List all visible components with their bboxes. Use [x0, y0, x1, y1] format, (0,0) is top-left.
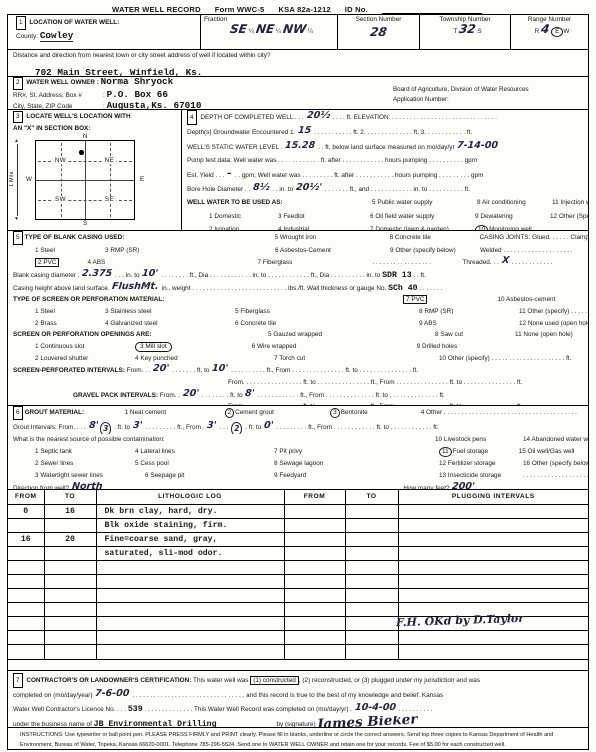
fraction-values: SE ¼ NE ¼ NW ¼ [204, 23, 334, 38]
compass-e: E [140, 176, 144, 183]
mile-label: 1 Mile [9, 171, 15, 187]
screen-material-row-3: 2 Brass4 Galvanized steel6 Concrete tile… [8, 318, 588, 330]
certification-line-4: under the business name of JB Environmen… [8, 716, 588, 727]
section-7-certification: 7 CONTRACTOR'S OR LANDOWNER'S CERTIFICAT… [8, 670, 588, 727]
screen-perforated-intervals-line-1: SCREEN-PERFORATED INTERVALS: From. . . 2… [8, 364, 588, 377]
bore-hole-diameter-line: Bore Hole Diameter . . 8½ . . in. to 20½… [182, 182, 588, 196]
col-lithologic-log: LITHOLOGIC LOG [96, 490, 284, 504]
owner-city-line: City, State, ZIP Code: Augusta,Ks. 67010 [8, 101, 388, 109]
lith-table-body: 016Dk brn clay, hard, dry.Blk oxide stai… [8, 504, 588, 659]
table-row: 1620Fine=coarse sand, gray, [8, 532, 588, 546]
range-label: Range Number [514, 16, 585, 23]
casing-row-2: 1 Steel3 RMP (SR)6 Asbestos-Cement9 Othe… [8, 245, 588, 257]
fraction-cell: Fraction SE ¼ NE ¼ NW ¼ [201, 15, 338, 49]
col-from-1: FROM [8, 490, 44, 504]
well-location-dot [79, 150, 84, 155]
casing-row-1: 5 TYPE OF BLANK CASING USED:5 Wrought ir… [8, 231, 588, 245]
est-yield-line: Est. Yield . . . – . . gpm; Well water w… [182, 168, 588, 182]
table-row: saturated, sli-mod odor. [8, 546, 588, 560]
instructions-section: INSTRUCTIONS: Use typewriter or ball poi… [8, 727, 588, 750]
section-1-location: 1 LOCATION OF WATER WELL: County: Cowley… [8, 15, 588, 49]
form-id-blank [382, 5, 482, 14]
openings-row-2: 1 Continuous slot3 Mill slot6 Wire wrapp… [8, 341, 588, 353]
water-well-record-form: WATER WELL RECORD Form WWC-5 KSA 82a-121… [0, 0, 596, 752]
form-statute: KSA 82a-1212 [278, 5, 330, 14]
quadrant-ne: NE [103, 157, 117, 164]
fraction-label: Fraction [204, 16, 334, 23]
section-3-title-1: 3 LOCATE WELL'S LOCATION WITH [8, 110, 181, 123]
owner-address-line: RR#, St. Address, Box #: P.O. Box 66 [8, 90, 388, 102]
quadrant-nw: NW [53, 157, 68, 164]
mile-line [17, 144, 18, 216]
instructions-line-1: INSTRUCTIONS: Use typewriter or ball poi… [14, 730, 582, 740]
section-2-owner: 2 WATER WELL OWNER : Norma Shryock RR#, … [8, 76, 588, 109]
range-cell: Range Number R 4 EW [511, 15, 588, 49]
county-line: County: Cowley [11, 30, 197, 43]
compass-s: S [83, 220, 87, 227]
table-row: Blk oxide staining, firm. [8, 518, 588, 532]
table-row [8, 645, 588, 659]
contamination-row-3: 3 Watertight sewer lines6 Seepage pit9 F… [8, 470, 588, 482]
screen-material-row-2: 1 Steel3 Stainless steel5 Fiberglass8 RM… [8, 306, 588, 318]
use-options-row-3: 2 Irrigation4 Industrial7 Domestic (lawn… [182, 223, 588, 230]
static-water-level-line: WELL'S STATIC WATER LEVEL . 15.28 . . ft… [182, 140, 588, 154]
quadrant-sw: SW [53, 196, 68, 203]
lithologic-table-section: FROM TO LITHOLOGIC LOG FROM TO PLUGGING … [8, 489, 588, 670]
section-4-depth: 4 DEPTH OF COMPLETED WELL . . . 20½ . . … [182, 110, 588, 230]
certification-line-1: 7 CONTRACTOR'S OR LANDOWNER'S CERTIFICAT… [8, 673, 588, 688]
direction-distance-line: Direction from well? NorthHow many feet?… [8, 482, 588, 489]
table-row [8, 574, 588, 588]
section-3-locate: 3 LOCATE WELL'S LOCATION WITH AN "X" IN … [8, 110, 182, 230]
location-cell: 1 LOCATION OF WATER WELL: County: Cowley [8, 15, 201, 49]
table-row [8, 560, 588, 574]
col-plugging-intervals: PLUGGING INTERVALS [398, 490, 588, 504]
township-label: Township Number [423, 16, 507, 23]
section-box-diagram: ▲ ▼ 1 Mile NW NE SW SE [8, 134, 181, 230]
mile-arrow-down: ▼ [14, 216, 19, 222]
section-number-cell: Section Number 28 [338, 15, 420, 49]
section-3-title-2: AN "X" IN SECTION BOX: [8, 123, 181, 134]
col-to-1: TO [44, 490, 96, 504]
gravel-pack-intervals-line-2: From. . . . . . . . . . . . . . . . . ft… [8, 401, 588, 405]
contamination-row-2: 2 Sewer lines5 Cess pool8 Sewage lagoon1… [8, 458, 588, 470]
table-row [8, 589, 588, 603]
center-horizontal-line [36, 180, 134, 181]
grout-material-line: 6 GROUT MATERIAL:1 Neat cement2Cement gr… [8, 406, 588, 420]
depth-completed-line: 4 DEPTH OF COMPLETED WELL . . . 20½ . . … [182, 110, 588, 125]
form-number: Form WWC-5 [215, 5, 265, 14]
casing-diameter-line: Blank casing diameter . 2.375 . . . in. … [8, 269, 588, 282]
form-body: 1 LOCATION OF WATER WELL: County: Cowley… [7, 14, 589, 750]
distance-question: Distance and direction from nearest town… [8, 50, 588, 62]
application-number-label: Application Number: [388, 95, 588, 105]
quadrant-se: SE [103, 196, 116, 203]
grout-intervals-line: Grout Intervals: From. . . . 8'3 . ft. t… [8, 420, 588, 434]
owner-line: 2 WATER WELL OWNER : Norma Shryock [8, 77, 388, 90]
form-header: WATER WELL RECORD Form WWC-5 KSA 82a-121… [0, 0, 596, 14]
table-row [8, 631, 588, 645]
section-number-label: Section Number [341, 16, 416, 23]
well-address: 702 Main Street, Winfield, Ks. [13, 66, 202, 76]
section-1-title: 1 LOCATION OF WATER WELL: [11, 16, 197, 30]
owner-left: 2 WATER WELL OWNER : Norma Shryock RR#, … [8, 77, 388, 109]
casing-height-line: Casing height above land surface. FlushM… [8, 282, 588, 295]
section-number-value: 28 [340, 25, 417, 39]
pump-test-line: Pump test data: Well water was . . . . .… [182, 154, 588, 167]
compass-n: N [83, 133, 88, 140]
section-5-casing: 5 TYPE OF BLANK CASING USED:5 Wrought ir… [8, 230, 588, 405]
township-value: T 32 S [423, 23, 507, 38]
owner-right: Board of Agriculture, Division of Water … [388, 77, 588, 109]
col-to-2: TO [345, 490, 398, 504]
table-header-row: FROM TO LITHOLOGIC LOG FROM TO PLUGGING … [8, 490, 588, 504]
distance-row: Distance and direction from nearest town… [8, 49, 588, 76]
certification-line-2: completed on (mo/day/year) 7-6-00 . . . … [8, 688, 588, 702]
section-6-grout: 6 GROUT MATERIAL:1 Neat cement2Cement gr… [8, 405, 588, 489]
screen-material-row-1: TYPE OF SCREEN OR PERFORATION MATERIAL:7… [8, 294, 588, 306]
use-options-row-1: WELL WATER TO BE USED AS:5 Public water … [182, 196, 588, 209]
lithologic-table: FROM TO LITHOLOGIC LOG FROM TO PLUGGING … [8, 490, 588, 660]
col-from-2: FROM [284, 490, 345, 504]
openings-row-1: SCREEN OR PERFORATION OPENINGS ARE:5 Gau… [8, 329, 588, 341]
form-title: WATER WELL RECORD [112, 5, 201, 14]
gravel-pack-intervals-line-1: GRAVEL PACK INTERVALS: From. . 20' . . .… [8, 389, 588, 402]
board-label: Board of Agriculture, Division of Water … [388, 85, 588, 95]
contamination-row-1: 1 Septic tank4 Lateral lines7 Pit privy1… [8, 446, 588, 458]
range-value: R 4 EW [514, 23, 585, 38]
use-options-row-2: 1 Domestic3 Feedlot6 Oil field water sup… [182, 210, 588, 223]
form-id-label: ID No. [345, 5, 368, 14]
township-cell: Township Number T 32 S [420, 15, 511, 49]
contamination-question-line: What is the nearest source of possible c… [8, 434, 588, 446]
compass-w: W [26, 176, 32, 183]
section-square: NW NE SW SE [35, 140, 135, 220]
instructions-line-2: Environment, Bureau of Water, Topeka, Ka… [14, 740, 582, 750]
groundwater-encountered-line: Depth(s) Groundwater Encountered 1. 15 .… [182, 125, 588, 139]
certification-line-3: Water Well Contractor's Licence No. . . … [8, 702, 588, 716]
section-3-4: 3 LOCATE WELL'S LOCATION WITH AN "X" IN … [8, 109, 588, 230]
openings-row-3: 2 Louvered shutter4 Key punched7 Torch c… [8, 353, 588, 365]
screen-perforated-intervals-line-2: From. . . . . . . . . . . . . . . . . ft… [8, 377, 588, 389]
table-row: 016Dk brn clay, hard, dry. [8, 504, 588, 518]
casing-row-3: 2 PVC4 ABS7 Fiberglass. . . . . . . . . … [8, 256, 588, 269]
